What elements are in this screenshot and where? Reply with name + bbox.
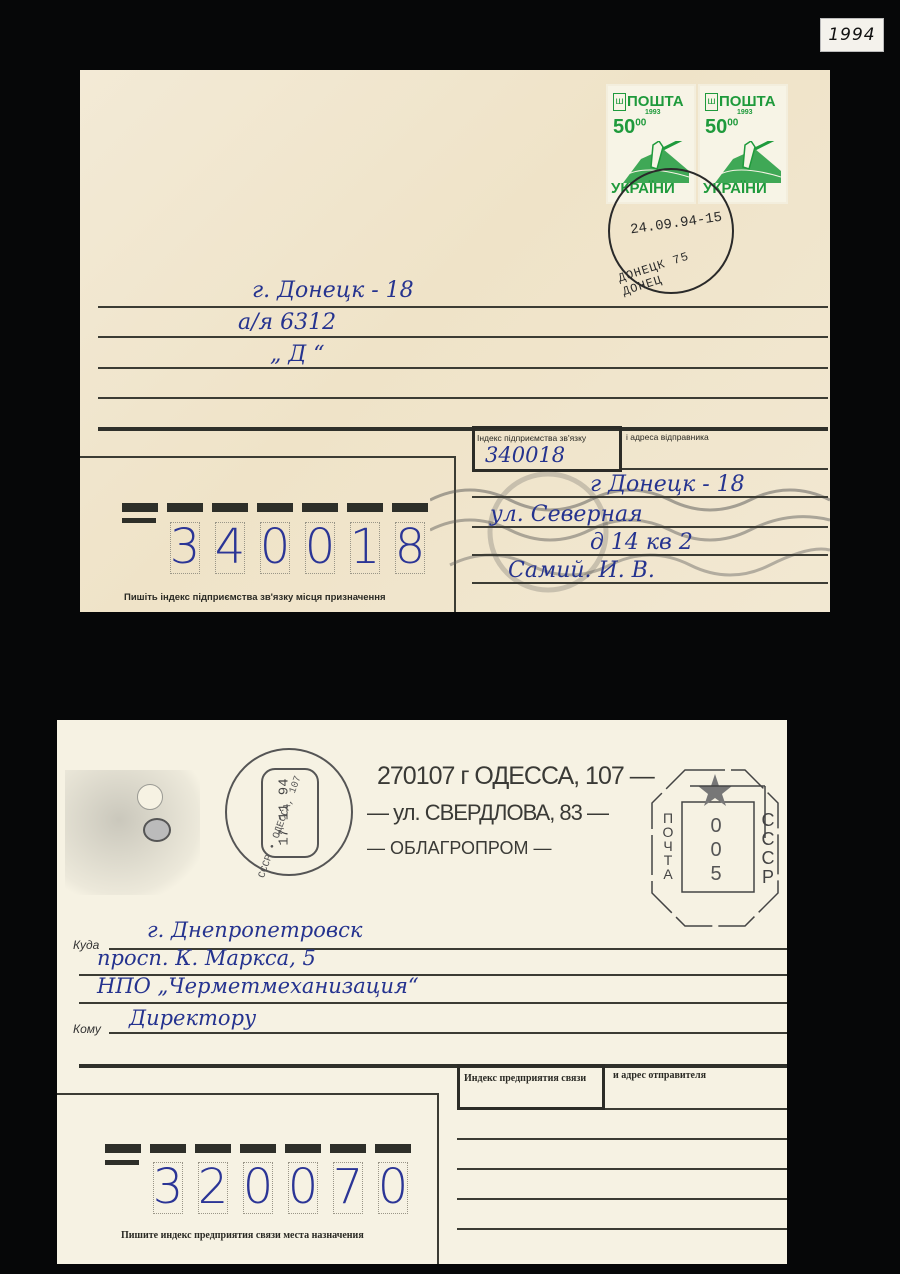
meter-line: 270107 г ОДЕССА, 107 — [377,762,654,791]
index-digit: 7 [333,1162,363,1214]
index-frame-top [57,1093,439,1095]
sender-line [457,1198,787,1200]
stamp-value: 5000 [613,116,646,139]
stamp-header: ПОШТА [627,93,684,110]
index-frame-right [437,1093,439,1264]
recipient-address-line: а/я 6312 [238,310,336,335]
index-digit: 1 [350,522,380,574]
sender-line [457,1168,787,1170]
meter-left-text: ПОЧТА [660,810,674,883]
index-caption: Пишіть індекс підприємства зв'язку місця… [124,592,386,603]
sender-index-label: Индекс предприятия связи [464,1073,586,1084]
address-line [98,367,828,369]
address-line [109,1032,787,1034]
meter-right-text: СССР [758,810,776,890]
address-line [98,397,828,399]
sender-address-label: і адреса відправника [626,432,709,442]
recipient-address-line: просп. К. Маркса, 5 [97,946,316,970]
sender-address-line: ул. Северная [490,502,643,527]
sender-line [457,1228,787,1230]
album-year-label: 1994 [820,18,884,52]
recipient-address-line: г. Днепропетровск [147,918,362,942]
whom-label: Кому [73,1022,101,1036]
destination-index: 3 4 0 0 1 8 [170,522,425,574]
index-digit: 0 [378,1162,408,1214]
address-line [98,336,828,338]
index-digit: 3 [153,1162,183,1214]
address-line [98,306,828,308]
sender-line [605,1108,787,1110]
divider-line [79,1064,787,1068]
sender-index-value: 340018 [485,443,565,467]
stamp-value: 5000 [705,116,738,139]
index-digit: 0 [260,522,290,574]
index-code-bar [105,1160,139,1165]
stamp-year: 1993 [645,109,661,116]
meter-line: — ул. СВЕРДЛОВА, 83 — [367,800,608,826]
envelope-ukraine: ш ПОШТА 1993 5000 УКРАЇНИ ш ПОШТА 1993 5… [80,70,830,612]
sender-address-line: г Донецк - 18 [590,472,745,497]
sender-address-line: Самий. И. В. [508,558,655,583]
postmark-donetsk: 24.09.94-15 ДОНЕЦК 75 ДОНЕЦ [608,168,734,294]
destination-index: 3 2 0 0 7 0 [153,1162,408,1214]
sender-index-box: Індекс підприємства зв'язку 340018 [472,426,622,472]
index-digit: 0 [288,1162,318,1214]
address-line [79,1002,787,1004]
sender-line [457,1138,787,1140]
divider-line [98,427,828,431]
envelope-ussr: 17 11 94 СССР • ОДЕССА, 107 270107 г ОДЕ… [57,720,787,1264]
recipient-address-line: г. Донецк - 18 [252,278,414,303]
index-code-bars [105,1144,411,1153]
sender-index-label: Індекс підприємства зв'язку [477,433,586,443]
to-label: Куда [73,938,99,952]
meter-line: — ОБЛАГРОПРОМ — [367,838,552,859]
postmark-city: ДОНЕЦК 75 ДОНЕЦ [616,237,733,299]
faded-imprint [65,770,200,895]
recipient-address-line: Директору [129,1006,256,1030]
index-digit: 4 [215,522,245,574]
postmark-date: 24.09.94-15 [629,210,723,239]
index-frame-top [80,456,456,458]
index-code-bar [122,518,156,523]
trident-icon: ш [613,93,626,111]
farmer-scene-icon [715,141,781,183]
index-digit: 8 [395,522,425,574]
sender-address-label: и адрес отправителя [613,1070,706,1081]
meter-value: 0 0 5 [706,814,726,886]
index-digit: 0 [243,1162,273,1214]
stamp-year: 1993 [737,109,753,116]
date-stamp-odessa: 17 11 94 СССР • ОДЕССА, 107 [225,748,353,876]
index-digit: 2 [198,1162,228,1214]
index-code-bars [122,503,428,512]
meter-stamp-ussr: ПОЧТА 0 0 5 СССР [650,768,780,928]
recipient-address-line: НПО „Черметмеханизация“ [97,974,419,998]
sender-address-line: д 14 кв 2 [590,530,693,555]
sender-index-box: Индекс предприятия связи [457,1064,605,1110]
index-digit: 3 [170,522,200,574]
trident-icon: ш [705,93,718,111]
index-caption: Пишите индекс предприятия связи места на… [121,1230,364,1241]
recipient-address-line: „ Д “ [270,342,325,367]
index-digit: 0 [305,522,335,574]
stamp-header: ПОШТА [719,93,776,110]
